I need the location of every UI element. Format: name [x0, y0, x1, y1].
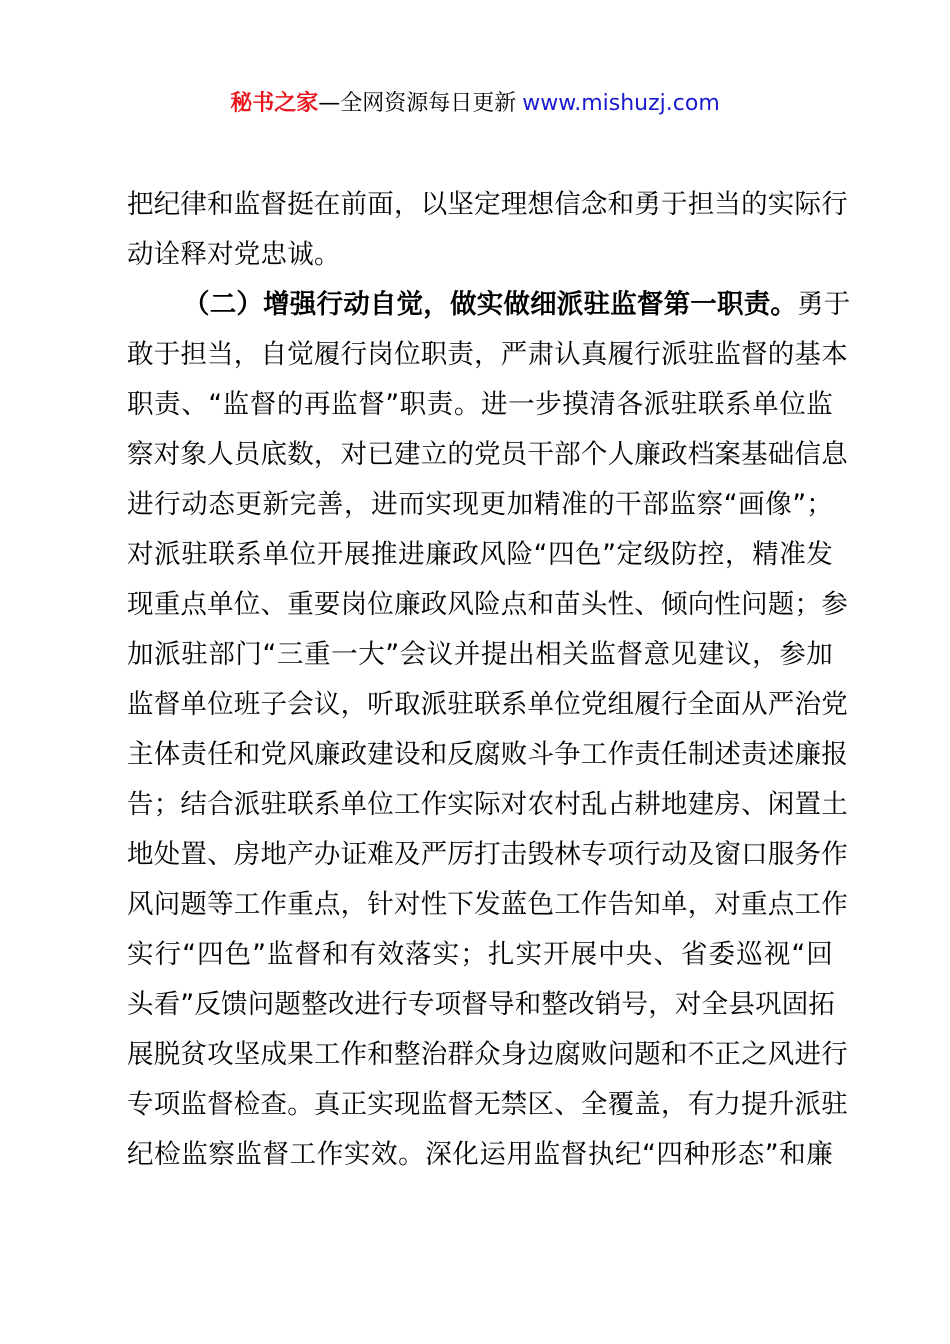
text-line: 察对象人员底数，对已建立的党员干部个人廉政档案基础信息	[127, 430, 833, 480]
text-line: 主体责任和党风廉政建设和反腐败斗争工作责任制述责述廉报	[127, 730, 833, 780]
text-line: 现重点单位、重要岗位廉政风险点和苗头性、倾向性问题；参	[127, 580, 833, 630]
text-line: 专项监督检查。真正实现监督无禁区、全覆盖，有力提升派驻	[127, 1080, 833, 1130]
text-line: 纪检监察监督工作实效。深化运用监督执纪“四种形态”和廉	[127, 1130, 833, 1180]
text-fragment: 勇于	[797, 289, 850, 320]
text-line: 头看”反馈问题整改进行专项督导和整改销号，对全县巩固拓	[127, 980, 833, 1030]
section-heading: （二）增强行动自觉，做实做细派驻监督第一职责。	[183, 289, 797, 320]
brand-name: 秘书之家	[230, 91, 318, 116]
section-heading-line: （二）增强行动自觉，做实做细派驻监督第一职责。勇于	[127, 280, 833, 330]
text-line: 动诠释对党忠诚。	[127, 230, 833, 280]
header-tagline: —全网资源每日更新	[318, 91, 516, 116]
text-line: 职责、“监督的再监督”职责。进一步摸清各派驻联系单位监	[127, 380, 833, 430]
site-url-link[interactable]: www.mishuzj.com	[522, 91, 719, 116]
text-line: 进行动态更新完善，进而实现更加精准的干部监察“画像”；	[127, 480, 833, 530]
text-line: 对派驻联系单位开展推进廉政风险“四色”定级防控，精准发	[127, 530, 833, 580]
text-line: 监督单位班子会议，听取派驻联系单位党组履行全面从严治党	[127, 680, 833, 730]
paragraph-2: （二）增强行动自觉，做实做细派驻监督第一职责。勇于 敢于担当，自觉履行岗位职责，…	[127, 280, 833, 1180]
paragraph-1: 把纪律和监督挺在前面，以坚定理想信念和勇于担当的实际行 动诠释对党忠诚。	[127, 180, 833, 280]
text-line: 风问题等工作重点，针对性下发蓝色工作告知单，对重点工作	[127, 880, 833, 930]
text-line: 展脱贫攻坚成果工作和整治群众身边腐败问题和不正之风进行	[127, 1030, 833, 1080]
text-line: 实行“四色”监督和有效落实；扎实开展中央、省委巡视“回	[127, 930, 833, 980]
site-header: 秘书之家—全网资源每日更新www.mishuzj.com	[0, 86, 950, 122]
text-line: 告；结合派驻联系单位工作实际对农村乱占耕地建房、闲置土	[127, 780, 833, 830]
document-body: 把纪律和监督挺在前面，以坚定理想信念和勇于担当的实际行 动诠释对党忠诚。 （二）…	[127, 180, 833, 1180]
text-line: 加派驻部门“三重一大”会议并提出相关监督意见建议，参加	[127, 630, 833, 680]
text-line: 敢于担当，自觉履行岗位职责，严肃认真履行派驻监督的基本	[127, 330, 833, 380]
text-line: 地处置、房地产办证难及严厉打击毁林专项行动及窗口服务作	[127, 830, 833, 880]
text-line: 把纪律和监督挺在前面，以坚定理想信念和勇于担当的实际行	[127, 180, 833, 230]
